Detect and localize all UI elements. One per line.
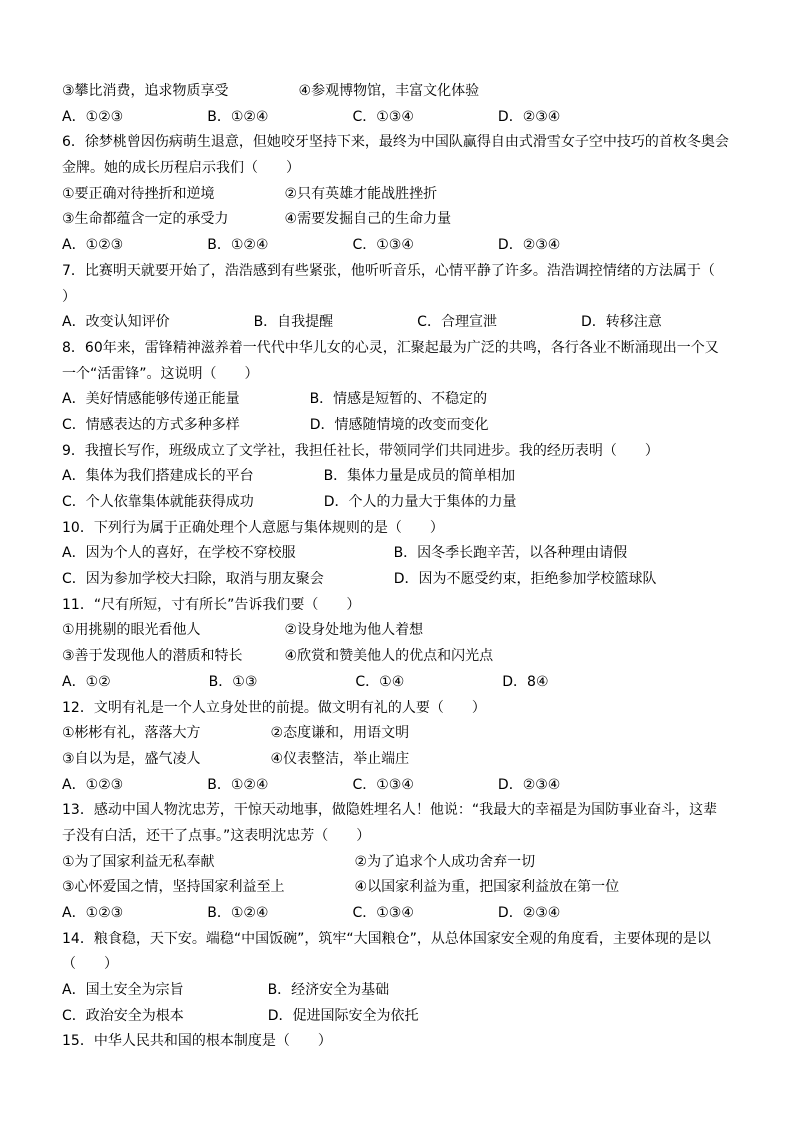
- question-5-options: ③攀比消费，追求物质享受 ④参观博物馆，丰富文化体验 A．①②③ B．①②④ C…: [62, 79, 746, 130]
- question-stem-line: 金牌。她的成长历程启示我们（ ）: [62, 156, 746, 182]
- answer-choices-line: A．国土安全为宗旨 B．经济安全为基础: [62, 978, 746, 1004]
- answer-choices-line: A．①②③ B．①②④ C．①③④ D．②③④: [62, 233, 746, 259]
- answer-choices-line: A．①②③ B．①②④ C．①③④ D．②③④: [62, 105, 746, 131]
- statement-line: ①为了国家利益无私奉献 ②为了追求个人成功舍弃一切: [62, 850, 746, 876]
- question-7: 7．比赛明天就要开始了，浩浩感到有些紧张，他听听音乐，心情平静了许多。浩浩调控情…: [62, 259, 746, 336]
- question-10: 10．下列行为属于正确处理个人意愿与集体规则的是（ ） A．因为个人的喜好，在学…: [62, 516, 746, 593]
- answer-choices-line: A．①② B．①③ C．①④ D．8④: [62, 670, 746, 696]
- question-9: 9．我擅长写作，班级成立了文学社，我担任社长，带领同学们共同进步。我的经历表明（…: [62, 439, 746, 516]
- question-11: 11．“尺有所短，寸有所长”告诉我们要（ ） ①用挑剔的眼光看他人 ②设身处地为…: [62, 593, 746, 696]
- answer-choices-line: A．改变认知评价 B．自我提醒 C．合理宣泄 D．转移注意: [62, 310, 746, 336]
- question-14: 14．粮食稳，天下安。端稳“中国饭碗”，筑牢“大国粮仓”，从总体国家安全观的角度…: [62, 927, 746, 1030]
- answer-choices-line: C．因为参加学校大扫除，取消与朋友聚会 D．因为不愿受约束，拒绝参加学校篮球队: [62, 567, 746, 593]
- answer-choices-line: C．情感表达的方式多种多样 D．情感随情境的改变而变化: [62, 413, 746, 439]
- question-8: 8．60年来，雷锋精神滋养着一代代中华儿女的心灵，汇聚起最为广泛的共鸣，各行各业…: [62, 336, 746, 439]
- exam-page: ③攀比消费，追求物质享受 ④参观博物馆，丰富文化体验 A．①②③ B．①②④ C…: [0, 0, 794, 1123]
- question-stem-line: 15．中华人民共和国的根本制度是（ ）: [62, 1029, 746, 1055]
- statement-line: ①用挑剔的眼光看他人 ②设身处地为他人着想: [62, 618, 746, 644]
- question-stem-line: 14．粮食稳，天下安。端稳“中国饭碗”，筑牢“大国粮仓”，从总体国家安全观的角度…: [62, 927, 746, 953]
- question-stem-line: 8．60年来，雷锋精神滋养着一代代中华儿女的心灵，汇聚起最为广泛的共鸣，各行各业…: [62, 336, 746, 362]
- question-stem-line: 12．文明有礼是一个人立身处世的前提。做文明有礼的人要（ ）: [62, 696, 746, 722]
- question-stem-line: ）: [62, 285, 746, 311]
- answer-choices-line: A．①②③ B．①②④ C．①③④ D．②③④: [62, 901, 746, 927]
- statement-line: ①要正确对待挫折和逆境 ②只有英雄才能战胜挫折: [62, 182, 746, 208]
- answer-choices-line: C．个人依靠集体就能获得成功 D．个人的力量大于集体的力量: [62, 490, 746, 516]
- statement-line: ③自以为是，盛气凌人 ④仪表整洁，举止端庄: [62, 747, 746, 773]
- answer-choices-line: A．①②③ B．①②④ C．①③④ D．②③④: [62, 773, 746, 799]
- answer-choices-line: A．集体为我们搭建成长的平台 B．集体力量是成员的简单相加: [62, 464, 746, 490]
- statement-line: ③生命都蕴含一定的承受力 ④需要发掘自己的生命力量: [62, 207, 746, 233]
- question-13: 13．感动中国人物沈忠芳，干惊天动地事，做隐姓埋名人！他说：“我最大的幸福是为国…: [62, 798, 746, 926]
- answer-choices-line: C．政治安全为根本 D．促进国际安全为依托: [62, 1004, 746, 1030]
- statement-line: ③心怀爱国之情，坚持国家利益至上 ④以国家利益为重，把国家利益放在第一位: [62, 875, 746, 901]
- statement-line: ①彬彬有礼，落落大方 ②态度谦和，用语文明: [62, 721, 746, 747]
- question-6: 6．徐梦桃曾因伤病萌生退意，但她咬牙坚持下来，最终为中国队赢得自由式滑雪女子空中…: [62, 130, 746, 258]
- answer-choices-line: A．美好情感能够传递正能量 B．情感是短暂的、不稳定的: [62, 387, 746, 413]
- statement-line: ③善于发现他人的潜质和特长 ④欣赏和赞美他人的优点和闪光点: [62, 644, 746, 670]
- question-15: 15．中华人民共和国的根本制度是（ ）: [62, 1029, 746, 1055]
- question-stem-line: 7．比赛明天就要开始了，浩浩感到有些紧张，他听听音乐，心情平静了许多。浩浩调控情…: [62, 259, 746, 285]
- question-stem-line: （ ）: [62, 952, 746, 978]
- question-stem-line: 13．感动中国人物沈忠芳，干惊天动地事，做隐姓埋名人！他说：“我最大的幸福是为国…: [62, 798, 746, 824]
- question-stem-line: 子没有白活，还干了点事。”这表明沈忠芳（ ）: [62, 824, 746, 850]
- question-stem-line: 一个“活雷锋”。这说明（ ）: [62, 362, 746, 388]
- text-line: ③攀比消费，追求物质享受 ④参观博物馆，丰富文化体验: [62, 79, 746, 105]
- answer-choices-line: A．因为个人的喜好，在学校不穿校服 B．因冬季长跑辛苦，以各种理由请假: [62, 541, 746, 567]
- question-stem-line: 11．“尺有所短，寸有所长”告诉我们要（ ）: [62, 593, 746, 619]
- question-stem-line: 9．我擅长写作，班级成立了文学社，我担任社长，带领同学们共同进步。我的经历表明（…: [62, 439, 746, 465]
- question-12: 12．文明有礼是一个人立身处世的前提。做文明有礼的人要（ ） ①彬彬有礼，落落大…: [62, 696, 746, 799]
- question-stem-line: 6．徐梦桃曾因伤病萌生退意，但她咬牙坚持下来，最终为中国队赢得自由式滑雪女子空中…: [62, 130, 746, 156]
- question-stem-line: 10．下列行为属于正确处理个人意愿与集体规则的是（ ）: [62, 516, 746, 542]
